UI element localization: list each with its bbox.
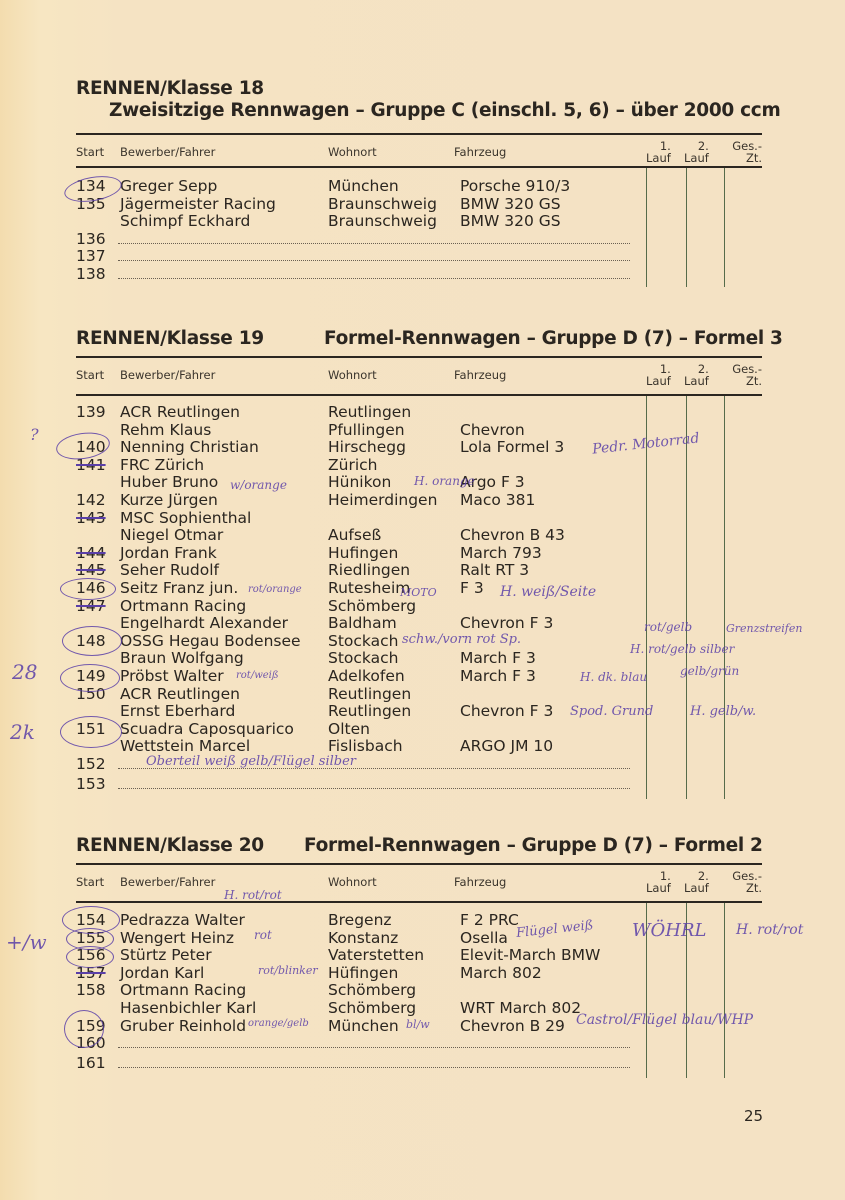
handwritten-note: Castrol/Flügel blau/WHP <box>576 1012 753 1028</box>
table-row: Rehm KlausPfullingenChevron <box>76 421 636 439</box>
entrant-name: Ortmann Racing <box>120 597 246 615</box>
table-row: 151Scuadra CaposquaricoOlten <box>76 720 636 738</box>
vehicle: F 3 <box>460 579 484 597</box>
start-number: 153 <box>76 775 106 793</box>
table-row: 160 <box>76 1034 636 1052</box>
entrant-city: Bregenz <box>328 911 392 929</box>
table-row: 144Jordan FrankHufingenMarch 793 <box>76 544 636 562</box>
vehicle: March F 3 <box>460 667 536 685</box>
table-row: Hasenbichler KarlSchömbergWRT March 802 <box>76 999 636 1017</box>
handwritten-note: +/w <box>6 930 47 954</box>
col-header-entrant: Bewerber/Fahrer <box>120 369 215 381</box>
start-number: 142 <box>76 491 106 509</box>
klasse-19-section: RENNEN/Klasse 19 Formel-Rennwagen – Grup… <box>76 328 762 818</box>
entrant-name: Jägermeister Racing <box>120 195 276 213</box>
col-header-run2: 2.Lauf <box>684 870 709 894</box>
handwritten-note: rot/gelb <box>644 620 692 634</box>
vehicle: Porsche 910/3 <box>460 177 570 195</box>
entrant-city: Zürich <box>328 456 377 474</box>
entrant-city: Reutlingen <box>328 685 411 703</box>
col-header-run2: 2.Lauf <box>684 140 709 164</box>
entrant-city: Hünikon <box>328 473 391 491</box>
handwritten-note: H. orange <box>414 474 475 488</box>
entrant-name: OSSG Hegau Bodensee <box>120 632 301 650</box>
entrant-city: Schömberg <box>328 999 416 1017</box>
results-column-divider <box>724 903 725 1078</box>
entrant-city: Schömberg <box>328 597 416 615</box>
table-row: 148OSSG Hegau BodenseeStockach <box>76 632 636 650</box>
handwritten-note: MOTO <box>400 586 437 599</box>
entrant-city: Hüfingen <box>328 964 398 982</box>
handwritten-note: Oberteil weiß gelb/Flügel silber <box>146 754 356 769</box>
handwritten-note: H. weiß/Seite <box>500 584 596 600</box>
table-row: Schimpf EckhardBraunschweigBMW 320 GS <box>76 212 636 230</box>
entrant-name: Ortmann Racing <box>120 981 246 999</box>
entrant-city: Schömberg <box>328 981 416 999</box>
entrant-name: ACR Reutlingen <box>120 403 240 421</box>
handwritten-note: H. dk. blau <box>580 670 647 684</box>
start-number: 158 <box>76 981 106 999</box>
entrant-name: Wettstein Marcel <box>120 737 250 755</box>
program-page: RENNEN/Klasse 18 Zweisitzige Rennwagen –… <box>0 0 845 1200</box>
entrant-city: München <box>328 1017 399 1035</box>
entrant-city: Reutlingen <box>328 702 411 720</box>
vehicle: F 2 PRC <box>460 911 519 929</box>
annotation-circle <box>60 578 116 600</box>
handwritten-note: rot/weiß <box>236 670 279 681</box>
start-number: 145 <box>76 561 106 579</box>
table-row: 135Jägermeister RacingBraunschweigBMW 32… <box>76 195 636 213</box>
col-header-vehicle: Fahrzeug <box>454 146 506 158</box>
vehicle: Chevron F 3 <box>460 702 553 720</box>
entrant-city: Braunschweig <box>328 195 437 213</box>
entrant-name: Hasenbichler Karl <box>120 999 256 1017</box>
entrant-name: Engelhardt Alexander <box>120 614 288 632</box>
entrant-name: Scuadra Caposquarico <box>120 720 294 738</box>
results-column-divider <box>686 396 687 799</box>
annotation-circle <box>62 626 122 656</box>
entrant-name: Stürtz Peter <box>120 946 212 964</box>
vehicle: Chevron F 3 <box>460 614 553 632</box>
table-row: 142Kurze JürgenHeimerdingenMaco 381 <box>76 491 636 509</box>
entrant-name: Pedrazza Walter <box>120 911 245 929</box>
vehicle: March 793 <box>460 544 542 562</box>
table-row: 149Pröbst WalterAdelkofenMarch F 3 <box>76 667 636 685</box>
handwritten-note: 2k <box>10 720 35 744</box>
entrant-city: Stockach <box>328 649 398 667</box>
entrant-name: Kurze Jürgen <box>120 491 218 509</box>
header-rule <box>76 394 762 396</box>
vehicle: Chevron B 29 <box>460 1017 565 1035</box>
table-row: Ernst EberhardReutlingenChevron F 3 <box>76 702 636 720</box>
entrant-city: Riedlingen <box>328 561 410 579</box>
entrant-city: Fislisbach <box>328 737 403 755</box>
col-header-run1: 1.Lauf <box>646 363 671 387</box>
handwritten-note: H. gelb/w. <box>690 704 756 719</box>
handwritten-note: bl/w <box>406 1018 430 1031</box>
annotation-circle <box>66 946 114 968</box>
entrant-city: Hufingen <box>328 544 398 562</box>
annotation-circle <box>60 716 122 748</box>
entrant-city: Stockach <box>328 632 398 650</box>
annotation-circle <box>64 1010 104 1048</box>
col-header-total: Ges.-Zt. <box>724 363 762 387</box>
entry-blank-line <box>118 260 630 261</box>
handwritten-note: rot <box>254 928 272 942</box>
table-row: 145Seher RudolfRiedlingenRalt RT 3 <box>76 561 636 579</box>
table-row: Huber BrunoHünikonArgo F 3 <box>76 473 636 491</box>
entrant-city: Reutlingen <box>328 403 411 421</box>
handwritten-note: schw./vorn rot Sp. <box>402 632 521 647</box>
entry-blank-line <box>118 1047 630 1048</box>
vehicle: BMW 320 GS <box>460 212 561 230</box>
header-rule <box>76 133 762 135</box>
handwritten-note: WÖHRL <box>632 920 706 941</box>
entrant-name: Niegel Otmar <box>120 526 223 544</box>
handwritten-note: orange/gelb <box>248 1018 309 1029</box>
header-rule <box>76 901 762 903</box>
table-row: 161 <box>76 1054 636 1072</box>
results-column-divider <box>646 396 647 799</box>
col-header-run1: 1.Lauf <box>646 870 671 894</box>
table-row: Braun WolfgangStockachMarch F 3 <box>76 649 636 667</box>
handwritten-note: H. rot/rot <box>224 888 282 902</box>
start-number: 161 <box>76 1054 106 1072</box>
table-row: 157Jordan KarlHüfingenMarch 802 <box>76 964 636 982</box>
col-header-entrant: Bewerber/Fahrer <box>120 876 215 888</box>
start-number: 144 <box>76 544 106 562</box>
klasse-subtitle: Formel-Rennwagen – Gruppe D (7) – Formel… <box>324 328 783 349</box>
klasse-subtitle: Zweisitzige Rennwagen – Gruppe C (einsch… <box>109 100 780 121</box>
handwritten-note: rot/blinker <box>258 964 318 977</box>
entrant-city: Pfullingen <box>328 421 405 439</box>
table-row: 137 <box>76 247 636 265</box>
vehicle: Ralt RT 3 <box>460 561 529 579</box>
col-header-start: Start <box>76 876 104 888</box>
start-number: 143 <box>76 509 106 527</box>
col-header-entrant: Bewerber/Fahrer <box>120 146 215 158</box>
start-number: 152 <box>76 755 106 773</box>
table-row: 138 <box>76 265 636 283</box>
entrant-city: Konstanz <box>328 929 398 947</box>
entrant-name: Huber Bruno <box>120 473 218 491</box>
klasse-title: RENNEN/Klasse 19 <box>76 328 264 349</box>
entrant-name: Pröbst Walter <box>120 667 224 685</box>
vehicle: WRT March 802 <box>460 999 581 1017</box>
entrant-name: Rehm Klaus <box>120 421 211 439</box>
handwritten-note: H. rot/gelb silber <box>630 642 734 656</box>
entrant-city: Vaterstetten <box>328 946 424 964</box>
entrant-city: Baldham <box>328 614 397 632</box>
handwritten-note: Spod. Grund <box>570 704 653 719</box>
entrant-name: Schimpf Eckhard <box>120 212 250 230</box>
table-row: 141FRC ZürichZürich <box>76 456 636 474</box>
col-header-total: Ges.-Zt. <box>724 140 762 164</box>
handwritten-note: w/orange <box>230 478 287 492</box>
entrant-city: Braunschweig <box>328 212 437 230</box>
vehicle: Chevron <box>460 421 525 439</box>
entry-blank-line <box>118 278 630 279</box>
entrant-name: Gruber Reinhold <box>120 1017 246 1035</box>
start-number: 137 <box>76 247 106 265</box>
entrant-city: Aufseß <box>328 526 381 544</box>
entrant-city: Rutesheim <box>328 579 410 597</box>
table-row: Wettstein MarcelFislisbachARGO JM 10 <box>76 737 636 755</box>
entrant-city: Heimerdingen <box>328 491 437 509</box>
klasse-18-section: RENNEN/Klasse 18 Zweisitzige Rennwagen –… <box>76 78 762 308</box>
vehicle: Elevit-March BMW <box>460 946 600 964</box>
entrant-name: Seher Rudolf <box>120 561 219 579</box>
entrant-city: Hirschegg <box>328 438 406 456</box>
handwritten-note: gelb/grün <box>680 664 739 678</box>
vehicle: BMW 320 GS <box>460 195 561 213</box>
entrant-name: Braun Wolfgang <box>120 649 244 667</box>
vehicle: ARGO JM 10 <box>460 737 553 755</box>
entrant-name: Seitz Franz jun. <box>120 579 238 597</box>
table-row: 153 <box>76 775 636 793</box>
klasse-title: RENNEN/Klasse 20 <box>76 835 264 856</box>
annotation-circle <box>60 664 120 692</box>
col-header-vehicle: Fahrzeug <box>454 876 506 888</box>
header-rule <box>76 863 762 865</box>
col-header-city: Wohnort <box>328 876 377 888</box>
klasse-title: RENNEN/Klasse 18 <box>76 78 264 99</box>
vehicle: March F 3 <box>460 649 536 667</box>
col-header-start: Start <box>76 146 104 158</box>
col-header-city: Wohnort <box>328 369 377 381</box>
start-number: 136 <box>76 230 106 248</box>
header-rule <box>76 356 762 358</box>
table-row: 134Greger SeppMünchenPorsche 910/3 <box>76 177 636 195</box>
table-row: Niegel OtmarAufseßChevron B 43 <box>76 526 636 544</box>
table-row: Engelhardt AlexanderBaldhamChevron F 3 <box>76 614 636 632</box>
entrant-city: Olten <box>328 720 370 738</box>
col-header-run2: 2.Lauf <box>684 363 709 387</box>
col-header-run1: 1.Lauf <box>646 140 671 164</box>
vehicle: Osella <box>460 929 508 947</box>
results-column-divider <box>724 396 725 799</box>
table-row: 140Nenning ChristianHirscheggLola Formel… <box>76 438 636 456</box>
vehicle: Maco 381 <box>460 491 535 509</box>
entry-blank-line <box>118 1067 630 1068</box>
table-row: 139ACR ReutlingenReutlingen <box>76 403 636 421</box>
table-row: 156Stürtz PeterVaterstettenElevit-March … <box>76 946 636 964</box>
entry-blank-line <box>118 243 630 244</box>
results-column-divider <box>646 168 647 287</box>
vehicle: Chevron B 43 <box>460 526 565 544</box>
col-header-start: Start <box>76 369 104 381</box>
start-number: 138 <box>76 265 106 283</box>
table-row: 158Ortmann RacingSchömberg <box>76 981 636 999</box>
entrant-city: Adelkofen <box>328 667 405 685</box>
col-header-total: Ges.-Zt. <box>724 870 762 894</box>
entrant-name: Jordan Karl <box>120 964 204 982</box>
start-number: 139 <box>76 403 106 421</box>
handwritten-note: rot/orange <box>248 584 302 595</box>
entrant-name: ACR Reutlingen <box>120 685 240 703</box>
entrant-name: Jordan Frank <box>120 544 217 562</box>
col-header-vehicle: Fahrzeug <box>454 369 506 381</box>
table-row: 143MSC Sophienthal <box>76 509 636 527</box>
results-column-divider <box>686 168 687 287</box>
entrant-name: Ernst Eberhard <box>120 702 235 720</box>
table-row: 159Gruber ReinholdMünchenChevron B 29 <box>76 1017 636 1035</box>
handwritten-note: ? <box>30 425 39 444</box>
entrant-name: MSC Sophienthal <box>120 509 251 527</box>
page-number: 25 <box>744 1107 763 1125</box>
handwritten-note: Grenzstreifen <box>726 622 802 635</box>
entry-blank-line <box>118 788 630 789</box>
handwritten-note: 28 <box>12 660 37 684</box>
entrant-name: Greger Sepp <box>120 177 217 195</box>
table-row: 136 <box>76 230 636 248</box>
klasse-20-section: RENNEN/Klasse 20 Formel-Rennwagen – Grup… <box>76 835 762 1095</box>
vehicle: Lola Formel 3 <box>460 438 564 456</box>
col-header-city: Wohnort <box>328 146 377 158</box>
header-rule <box>76 166 762 168</box>
entrant-name: Nenning Christian <box>120 438 259 456</box>
results-column-divider <box>724 168 725 287</box>
entrant-name: Wengert Heinz <box>120 929 234 947</box>
entrant-name: FRC Zürich <box>120 456 204 474</box>
vehicle: March 802 <box>460 964 542 982</box>
handwritten-note: H. rot/rot <box>736 922 803 938</box>
entrant-city: München <box>328 177 399 195</box>
klasse-subtitle: Formel-Rennwagen – Gruppe D (7) – Formel… <box>304 835 763 856</box>
table-row: 150ACR ReutlingenReutlingen <box>76 685 636 703</box>
